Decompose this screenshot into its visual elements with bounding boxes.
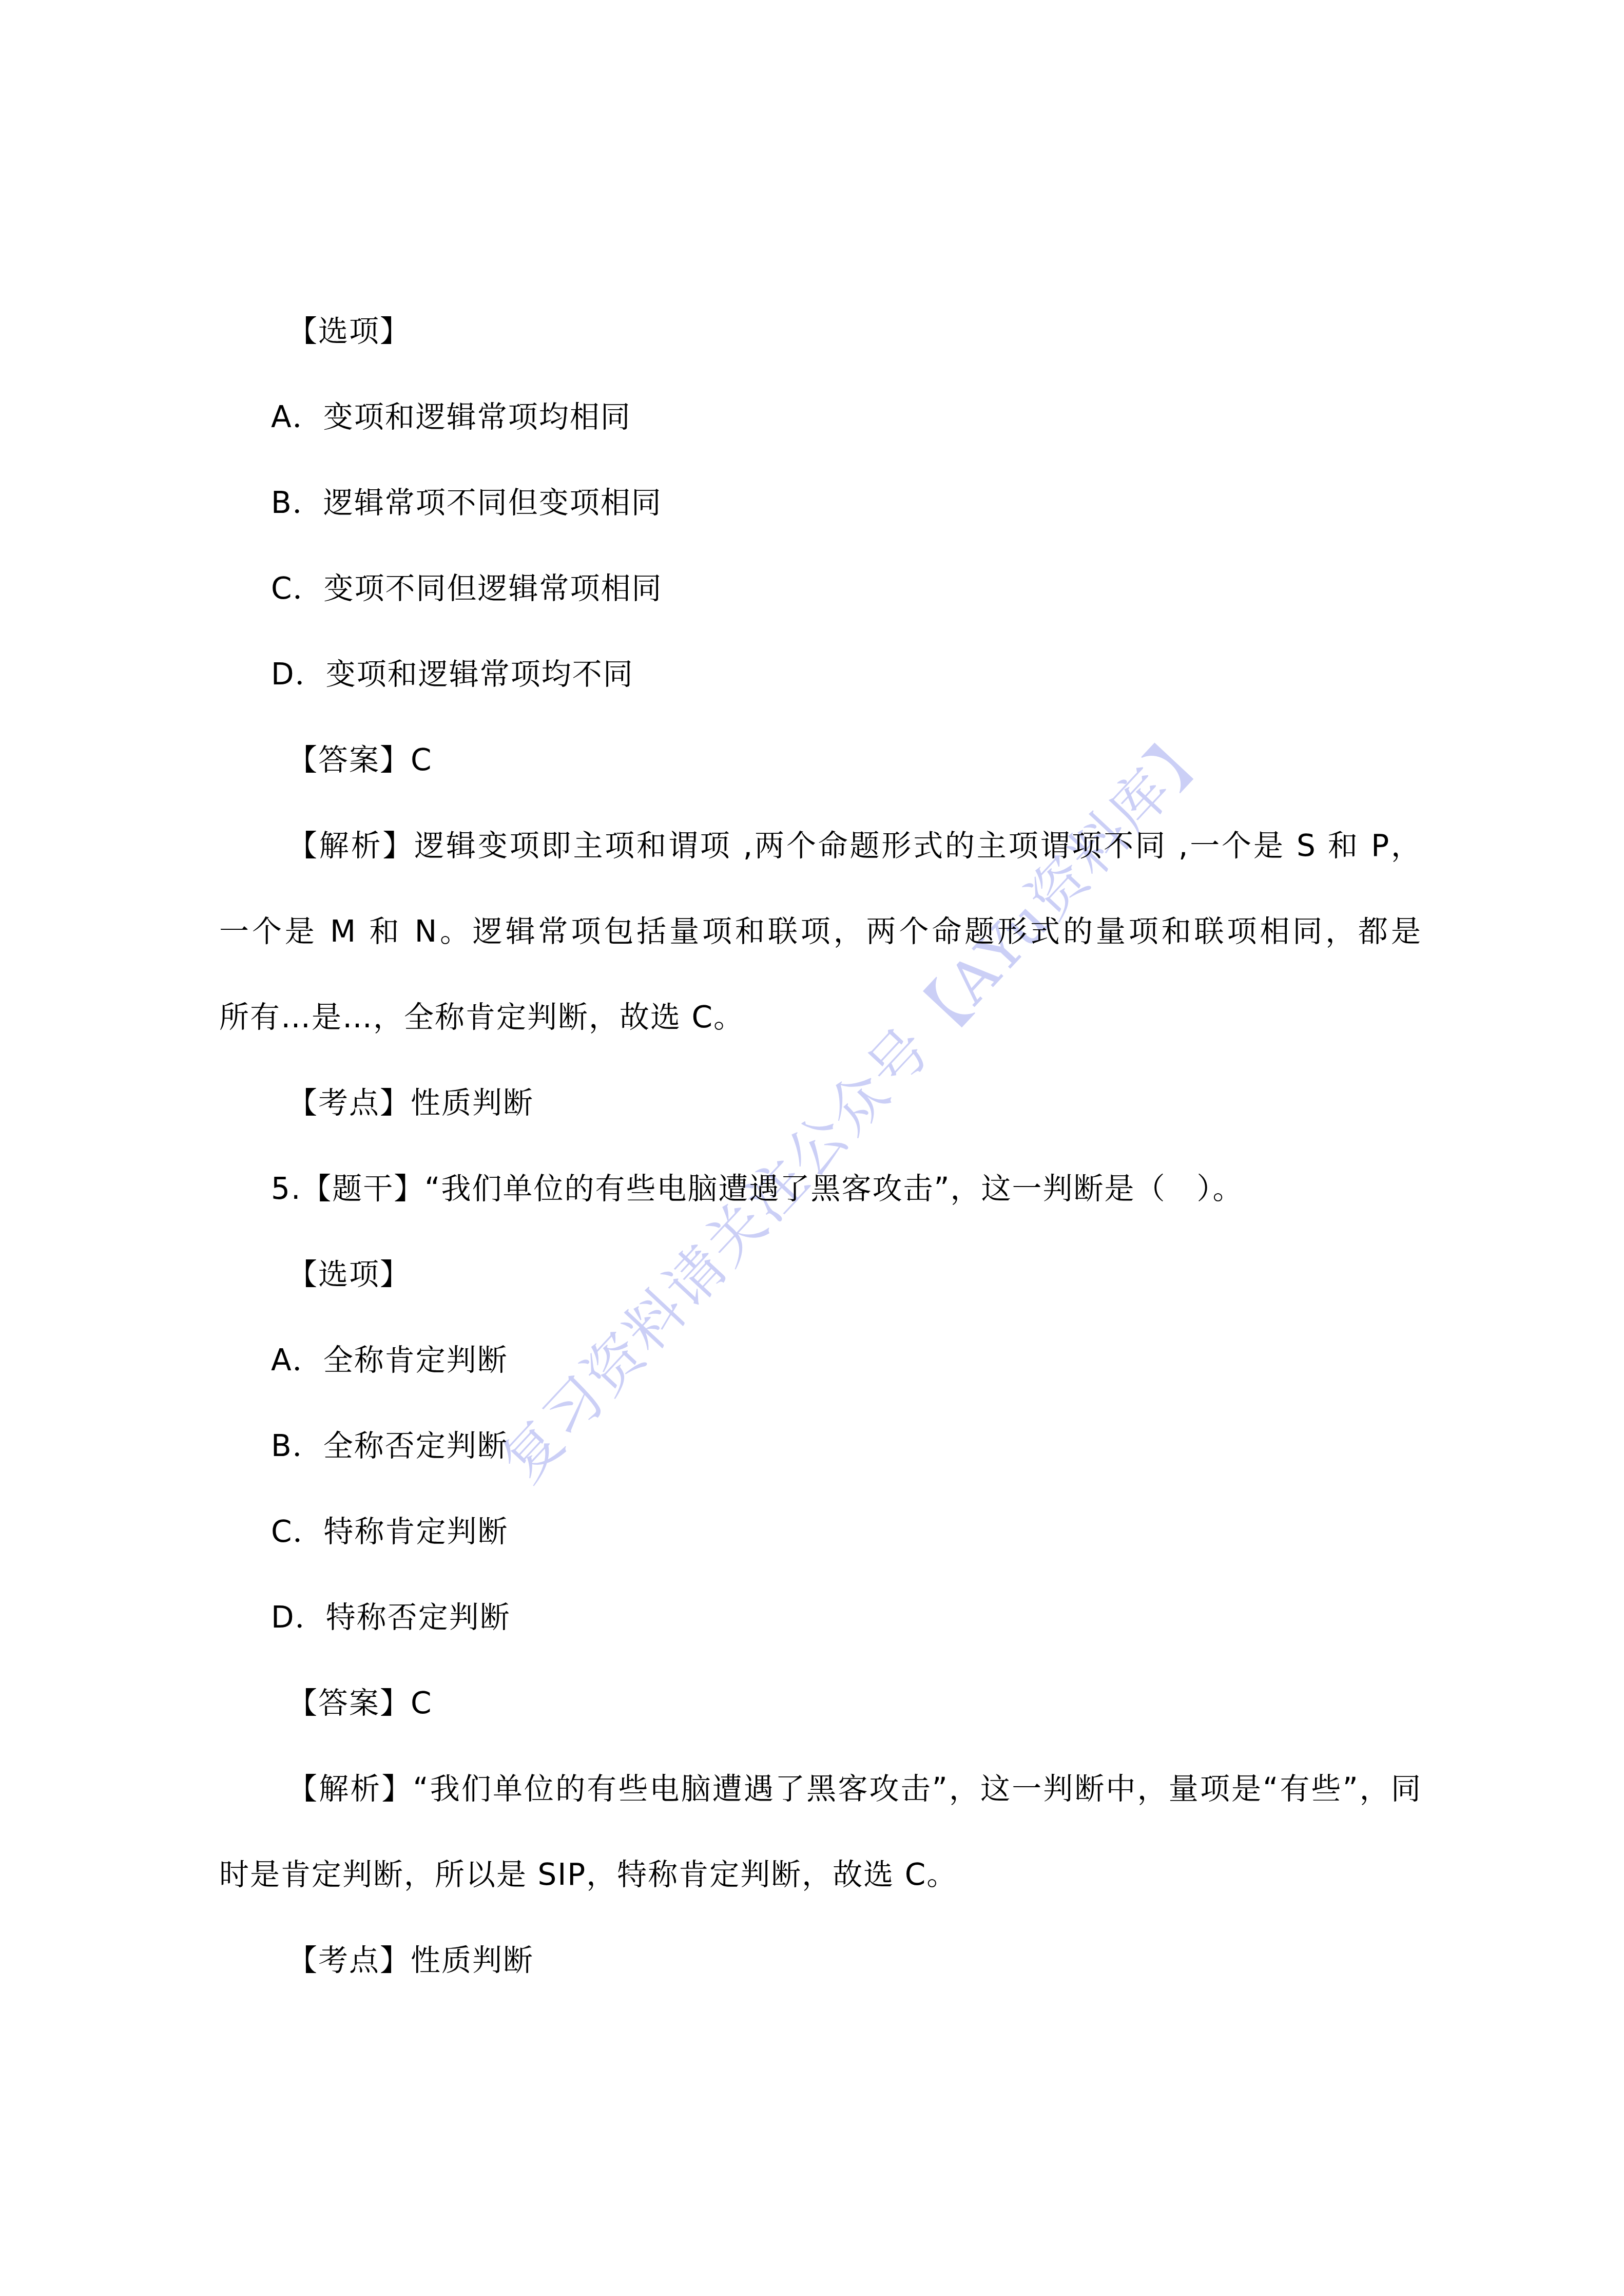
q5-answer: 【答案】C — [287, 1685, 433, 1721]
q5-options-label: 【选项】 — [287, 1256, 411, 1292]
q4-options-label: 【选项】 — [287, 313, 411, 349]
q5-option-d: D．特称否定判断 — [271, 1599, 511, 1635]
document-page: 复习资料请关注公众号【AYu资料库】 【选项】 A．变项和逻辑常项均相同 B．逻… — [0, 0, 1624, 2296]
q5-test-point: 【考点】性质判断 — [287, 1942, 534, 1978]
q4-test-point: 【考点】性质判断 — [287, 1085, 534, 1121]
q5-analysis-line-2: 时是肯定判断，所以是 SIP，特称肯定判断，故选 C。 — [219, 1857, 957, 1892]
q5-analysis-line-1: 【解析】“我们单位的有些电脑遭遇了黑客攻击”，这一判断中，量项是“有些”，同 — [287, 1771, 1422, 1807]
q4-option-c: C．变项不同但逻辑常项相同 — [271, 570, 663, 606]
q5-stem: 5.【题干】“我们单位的有些电脑遭遇了黑客攻击”，这一判断是（ ）。 — [271, 1171, 1243, 1207]
q4-analysis-line-2: 一个是 M 和 N。逻辑常项包括量项和联项，两个命题形式的量项和联项相同，都是 — [219, 913, 1422, 949]
q4-option-d: D．变项和逻辑常项均不同 — [271, 656, 634, 692]
q4-answer: 【答案】C — [287, 742, 433, 778]
q4-option-b: B．逻辑常项不同但变项相同 — [271, 485, 662, 521]
q4-option-a: A．变项和逻辑常项均相同 — [271, 399, 631, 435]
q5-option-b: B．全称否定判断 — [271, 1428, 508, 1464]
q4-analysis-line-3: 所有…是…，全称肯定判断，故选 C。 — [219, 999, 744, 1035]
q5-option-c: C．特称肯定判断 — [271, 1514, 509, 1549]
q4-analysis-line-1: 【解析】逻辑变项即主项和谓项 ,两个命题形式的主项谓项不同 ,一个是 S 和 P… — [287, 828, 1422, 864]
q5-option-a: A．全称肯定判断 — [271, 1342, 508, 1378]
